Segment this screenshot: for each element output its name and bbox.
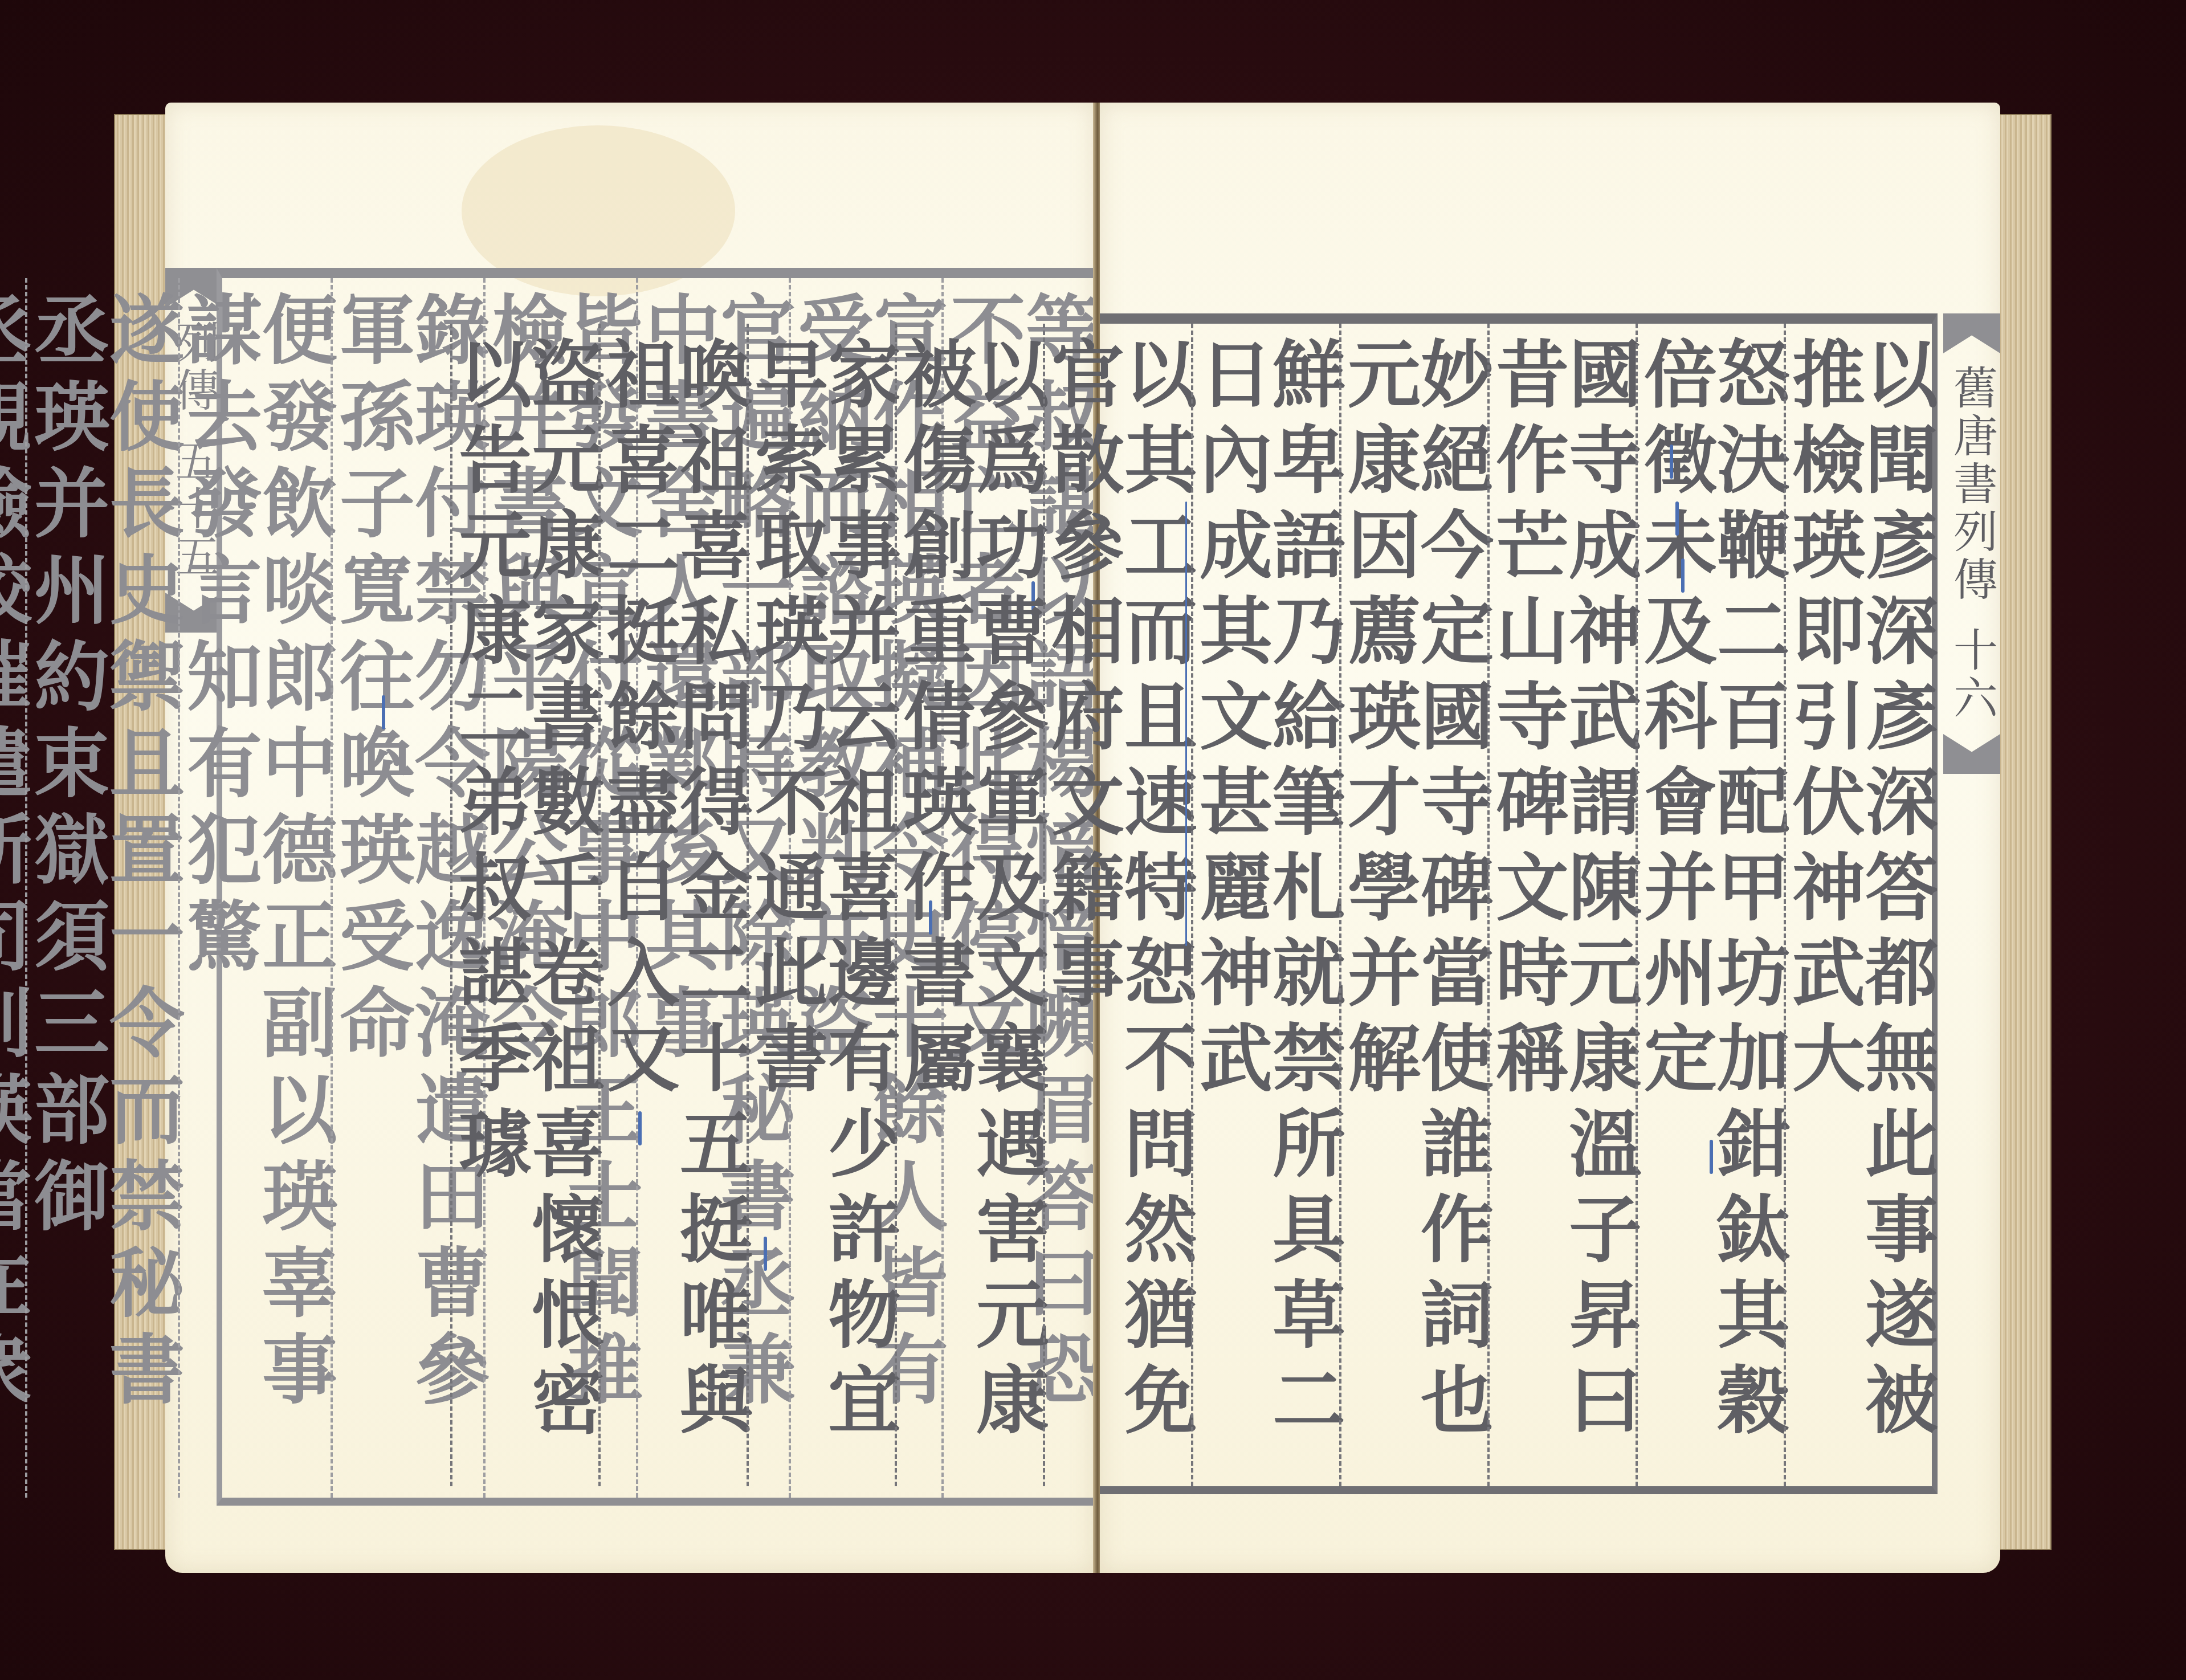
blue-annotation-mark <box>1670 445 1673 479</box>
blue-annotation-mark <box>1681 558 1685 593</box>
blue-annotation-mark <box>1675 501 1679 536</box>
text-column: 遂使長史禦且置一令而禁秘書丞瑛并州約束獄須三部御 <box>25 278 178 1498</box>
text-column: 妙絕今定國寺碑當使誰作詞也元康因薦瑛才學并解 <box>1339 324 1487 1486</box>
text-column: 怒決鞭二百配甲坊加鉗鈦其穀倍徵未及科會并州定 <box>1636 324 1784 1486</box>
text-column: 喚祖喜私問得金二十五挺唯與祖喜二挺餘盡自入又 <box>598 324 747 1486</box>
open-book: 列傳 五十五 等叔諶以語楊愔愔嚬眉答曰恐不益亡者因此得停文 宣作相瑛擬補令史十餘… <box>114 91 2052 1596</box>
blue-annotation-line <box>1185 501 1187 946</box>
banxin-title: 舊唐書列傳 <box>1940 365 2004 604</box>
blue-annotation-mark <box>382 695 385 729</box>
right-page-text-frame: 以聞彥深彥深答都無此事遂被推檢瑛即引伏神武大 怒決鞭二百配甲坊加鉗鈦其穀倍徵未及… <box>1100 313 1938 1494</box>
fish-tail-mark-icon <box>1943 734 2000 774</box>
text-column: 盜元康家書數千卷祖喜懷恨密以告元康二弟叔諶季璩 <box>450 324 598 1486</box>
text-column: 鮮卑語乃給筆札就禁所具草二日內成其文甚麗神武 <box>1191 324 1339 1486</box>
right-page: 舊唐書列傳 十六 以聞彥深彥深答都無此事遂被推檢瑛即引伏神武大 怒決鞭二百配甲坊… <box>1100 103 2000 1573</box>
blue-annotation-mark <box>1710 1140 1713 1174</box>
text-column: 便發飲啖郎中德正副以瑛辜事謀去發言知有犯驚 <box>178 278 331 1498</box>
text-column: 以聞彥深彥深答都無此事遂被推檢瑛即引伏神武大 <box>1784 324 1932 1486</box>
fish-tail-mark-icon <box>1943 313 2000 353</box>
banxin-folio: 十六 <box>1940 627 2004 723</box>
text-column: 以其工而且速特恕不問然猶免官散參相府文籍事 <box>1043 324 1191 1486</box>
right-page-banxin: 舊唐書列傳 十六 <box>1943 313 2000 1476</box>
text-column: 家累事并云祖喜邊有少許物宜早索取瑛乃不通此書 <box>747 324 895 1486</box>
text-column: 國寺成神武謂陳元康溫子昇曰昔作芒山寺碑文時稱 <box>1487 324 1636 1486</box>
text-column: 以爲功曹參軍及文襄遇害元康被傷創重倩瑛作書屬 <box>895 324 1043 1486</box>
